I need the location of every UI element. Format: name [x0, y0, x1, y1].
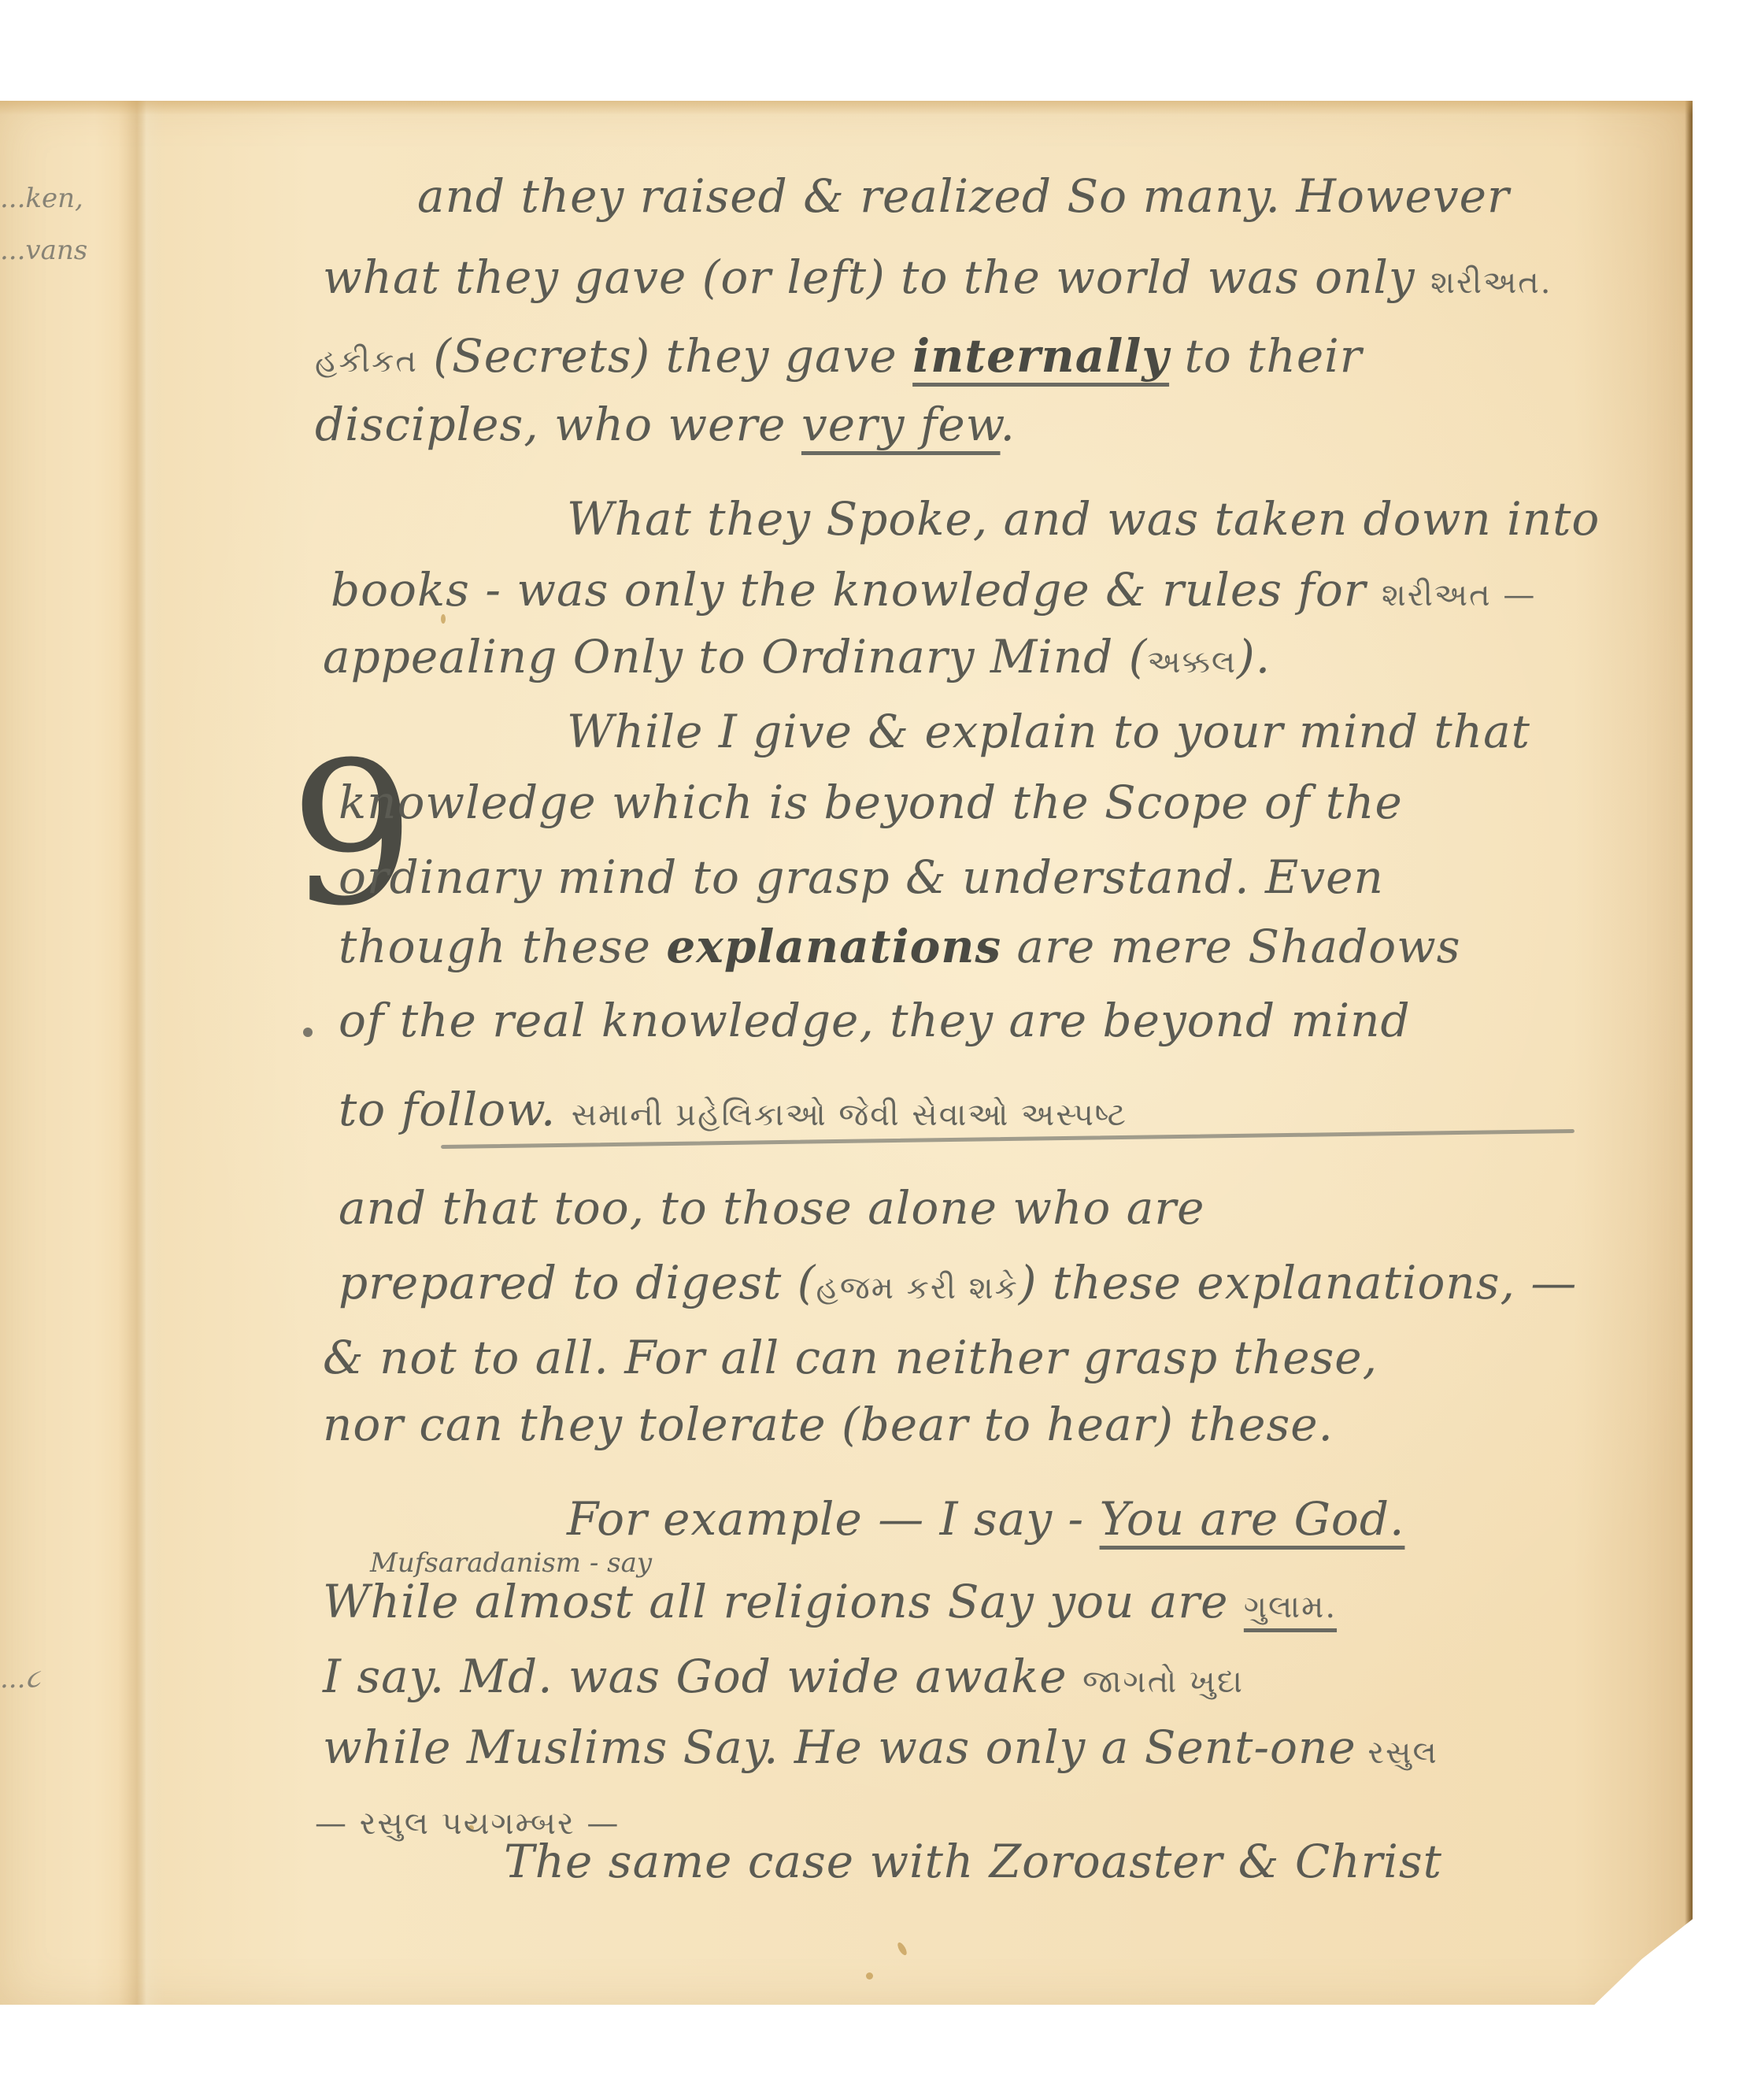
paper-stain — [866, 1972, 873, 1980]
emphasized-text: internally — [912, 329, 1169, 383]
text-line-1: and they raised & realized So many. Howe… — [417, 169, 1510, 223]
margin-mark — [303, 1028, 313, 1037]
line-text: and they raised & realized So many. Howe… — [417, 169, 1510, 223]
margin-note-bottom: ...૮ — [0, 1663, 40, 1694]
line-text: prepared to digest ( — [339, 1256, 816, 1309]
interlinear-insertion: Mufsaradanism - say — [370, 1547, 652, 1579]
gujarati-text: જાગતો ખુદા — [1082, 1664, 1244, 1700]
line-text: While I give & explain to your mind that — [567, 705, 1530, 758]
text-line-16: & not to all. For all can neither grasp … — [323, 1331, 1378, 1384]
line-text: what they gave (or left) to the world wa… — [323, 250, 1430, 304]
text-line-10: ordinary mind to grasp & understand. Eve… — [339, 850, 1384, 904]
line-text: For example — I say - — [567, 1492, 1100, 1546]
line-text: are mere Shadows — [1001, 920, 1460, 973]
gujarati-text: શરીઅત. — [1430, 265, 1552, 301]
emphasized-text: explanations — [666, 920, 1001, 973]
text-line-19: While almost all religions Say you are ગ… — [323, 1575, 1337, 1628]
line-text: ). — [1237, 630, 1271, 683]
gujarati-text: સમાની પ્રહેલિકાઓ જેવી સેવાઓ અસ્પષ્ટ — [572, 1097, 1127, 1133]
line-text: . — [1001, 398, 1016, 451]
text-line-20: I say. Md. was God wide awake જાગતો ખુદા — [323, 1650, 1244, 1703]
gujarati-text: હજમ કરી શકે — [816, 1270, 1018, 1306]
text-line-21: while Muslims Say. He was only a Sent-on… — [323, 1720, 1438, 1774]
text-line-5: What they Spoke, and was taken down into — [567, 492, 1600, 546]
text-line-15: prepared to digest (હજમ કરી શકે) these e… — [339, 1256, 1577, 1309]
text-line-8: While I give & explain to your mind that — [567, 705, 1530, 758]
line-text: While almost all religions Say you are — [323, 1575, 1244, 1628]
line-text: though these — [339, 920, 666, 973]
line-text: ordinary mind to grasp & understand. Eve… — [339, 850, 1384, 904]
line-text: (Secrets) they gave — [418, 329, 912, 383]
emphasized-text: very few — [801, 398, 1001, 451]
line-text: What they Spoke, and was taken down into — [567, 492, 1600, 546]
line-text: books - was only the knowledge & rules f… — [331, 563, 1382, 617]
line-text: to their — [1169, 329, 1362, 383]
text-line-11: though these explanations are mere Shado… — [339, 920, 1461, 973]
manuscript-page — [0, 101, 1693, 2005]
text-line-23: The same case with Zoroaster & Christ — [504, 1835, 1442, 1888]
margin-note-top-2: ...vans — [0, 235, 87, 266]
text-line-7: appealing Only to Ordinary Mind (અક્કલ). — [323, 630, 1271, 683]
text-line-17: nor can they tolerate (bear to hear) the… — [323, 1398, 1334, 1451]
text-line-12: of the real knowledge, they are beyond m… — [339, 994, 1411, 1047]
text-line-6: books - was only the knowledge & rules f… — [331, 563, 1536, 617]
gujarati-text: શરીઅત — — [1382, 577, 1536, 613]
margin-note-top-1: ...ken, — [0, 183, 83, 214]
text-line-13: to follow. સમાની પ્રહેલિકાઓ જેવી સેવાઓ અ… — [339, 1083, 1127, 1136]
text-line-2: what they gave (or left) to the world wa… — [323, 250, 1552, 304]
gujarati-text: હકીકત — [315, 343, 418, 380]
text-line-3: હકીકત (Secrets) they gave internally to … — [315, 329, 1362, 383]
line-text: nor can they tolerate (bear to hear) the… — [323, 1398, 1334, 1451]
text-line-9: knowledge which is beyond the Scope of t… — [339, 776, 1403, 829]
line-text: while Muslims Say. He was only a — [323, 1720, 1145, 1774]
text-line-4: disciples, who were very few. — [315, 398, 1016, 451]
line-text: and that too, to those alone who are — [339, 1181, 1204, 1235]
line-text: to follow. — [339, 1083, 572, 1136]
gujarati-text: ગુલામ. — [1244, 1589, 1337, 1625]
line-text: of the real knowledge, they are beyond m… — [339, 994, 1411, 1047]
gujarati-text: રસુલ — [1356, 1735, 1438, 1771]
gujarati-text: અક્કલ — [1147, 644, 1237, 680]
text-line-18: For example — I say - You are God. — [567, 1492, 1404, 1546]
emphasized-text: You are God. — [1100, 1492, 1405, 1546]
line-text: The same case with Zoroaster & Christ — [504, 1835, 1442, 1888]
line-text: disciples, who were — [315, 398, 801, 451]
line-text: ) these explanations, — — [1019, 1256, 1578, 1309]
line-text: knowledge which is beyond the Scope of t… — [339, 776, 1403, 829]
emphasized-text: Sent-one — [1145, 1720, 1356, 1774]
line-text: I say. Md. was God wide awake — [323, 1650, 1082, 1703]
line-text: appealing Only to Ordinary Mind ( — [323, 630, 1147, 683]
text-line-14: and that too, to those alone who are — [339, 1181, 1204, 1235]
line-text: & not to all. For all can neither grasp … — [323, 1331, 1378, 1384]
